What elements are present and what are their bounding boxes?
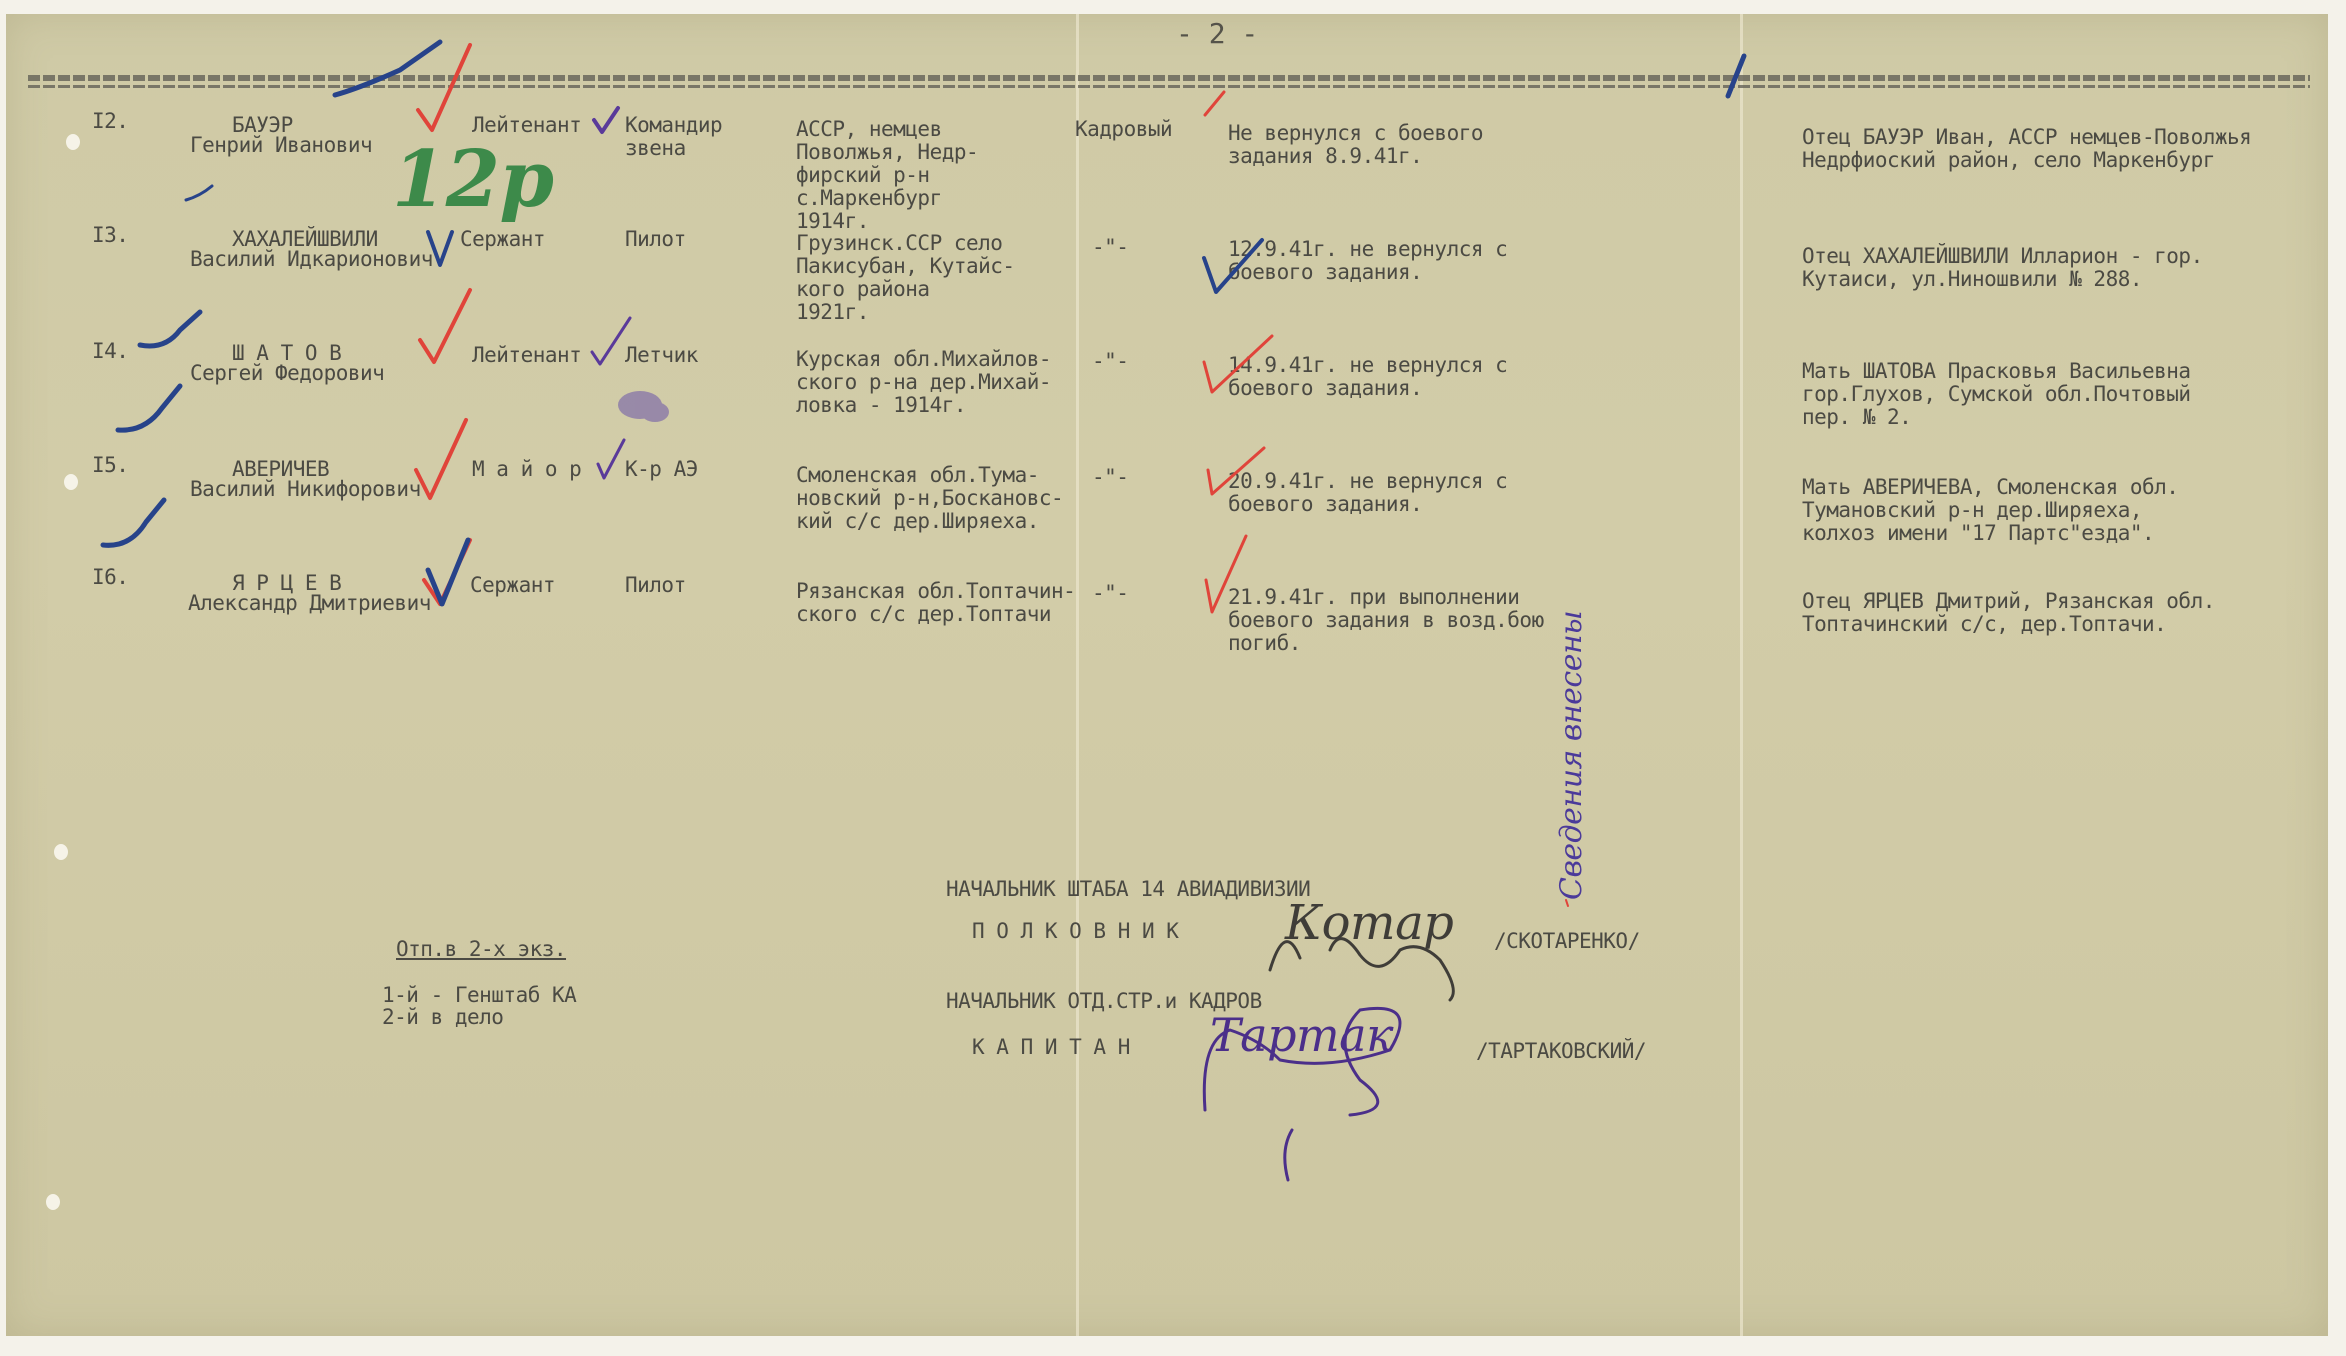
service-type: -"- [1092, 582, 1128, 605]
circumstances: Не вернулся с боевого задания 8.9.41г. [1228, 122, 1483, 168]
given-name: Александр Дмитриевич [188, 592, 431, 615]
given-name: Василий Никифорович [190, 478, 421, 501]
margin-note: Сведения внесены [1560, 611, 1583, 900]
row-number: I6. [92, 566, 128, 589]
row-number: I4. [92, 340, 128, 363]
rank: М а й о р [472, 458, 581, 481]
paper-fold [1076, 14, 1079, 1336]
chief-of-staff-title: НАЧАЛЬНИК ШТАБА 14 АВИАДИВИЗИИ [946, 878, 1310, 901]
birthplace: Курская обл.Михайлов- ского р-на дер.Мих… [796, 348, 1051, 417]
punch-hole [54, 844, 68, 860]
punch-hole [64, 474, 78, 490]
birthplace: АССР, немцев Поволжья, Недр- фирский р-н… [796, 118, 978, 233]
position: Пилот [625, 228, 686, 251]
service-type: -"- [1092, 466, 1128, 489]
row-number: I2. [92, 110, 128, 133]
service-type: -"- [1092, 350, 1128, 373]
circumstances: 12.9.41г. не вернулся с боевого задания. [1228, 238, 1507, 284]
document-page [6, 14, 2328, 1336]
circumstances: 20.9.41г. не вернулся с боевого задания. [1228, 470, 1507, 516]
circumstances: 21.9.41г. при выполнении боевого задания… [1228, 586, 1544, 655]
chief-of-staff-rank: П О Л К О В Н И К [972, 920, 1178, 943]
page-number: - 2 - [1176, 22, 1258, 45]
birthplace: Рязанская обл.Топтачин- ского с/с дер.То… [796, 580, 1075, 626]
birthplace: Грузинск.ССР село Пакисубан, Кутайс- ког… [796, 232, 1015, 324]
copies-line: 2-й в дело [382, 1006, 503, 1029]
row-number: I3. [92, 224, 128, 247]
position: Пилот [625, 574, 686, 597]
dept-chief-signature: Тартак [1210, 1024, 1393, 1047]
service-type: -"- [1092, 236, 1128, 259]
paper-fold [1740, 14, 1743, 1336]
relatives: Отец ЯРЦЕВ Дмитрий, Рязанская обл. Топта… [1802, 590, 2215, 636]
rank: Сержант [470, 574, 555, 597]
given-name: Сергей Федорович [190, 362, 384, 385]
chief-of-staff-name: /СКОТАРЕНКО/ [1494, 930, 1640, 953]
dept-chief-name: /ТАРТАКОВСКИЙ/ [1476, 1040, 1646, 1063]
header-divider [28, 75, 2310, 81]
rank: Лейтенант [472, 344, 581, 367]
punch-hole [66, 134, 80, 150]
relatives: Мать АВЕРИЧЕВА, Смоленская обл. Тумановс… [1802, 476, 2178, 545]
position: Летчик [625, 344, 698, 367]
row-number: I5. [92, 454, 128, 477]
position: Командир звена [625, 114, 722, 160]
birthplace: Смоленская обл.Тума- новский р-н,Боскано… [796, 464, 1063, 533]
relatives: Отец БАУЭР Иван, АССР немцев-Поволжья Не… [1802, 126, 2251, 172]
chief-of-staff-signature: Котар [1285, 912, 1453, 935]
given-name: Василий Идкарионович [190, 248, 433, 271]
punch-hole [46, 1194, 60, 1210]
copies-line: 1-й - Генштаб КА [382, 984, 576, 1007]
rank: Сержант [460, 228, 545, 251]
copies-title: Отп.в 2-х экз. [396, 938, 566, 961]
circumstances: 14.9.41г. не вернулся с боевого задания. [1228, 354, 1507, 400]
relatives: Отец ХАХАЛЕЙШВИЛИ Илларион - гор. Кутаис… [1802, 245, 2203, 291]
green-annotation: 12р [392, 140, 554, 220]
service-type: Кадровый [1075, 118, 1172, 141]
position: К-р АЭ [625, 458, 698, 481]
given-name: Генрий Иванович [190, 134, 372, 157]
relatives: Мать ШАТОВА Прасковья Васильевна гор.Глу… [1802, 360, 2191, 429]
dept-chief-rank: К А П И Т А Н [972, 1036, 1130, 1059]
